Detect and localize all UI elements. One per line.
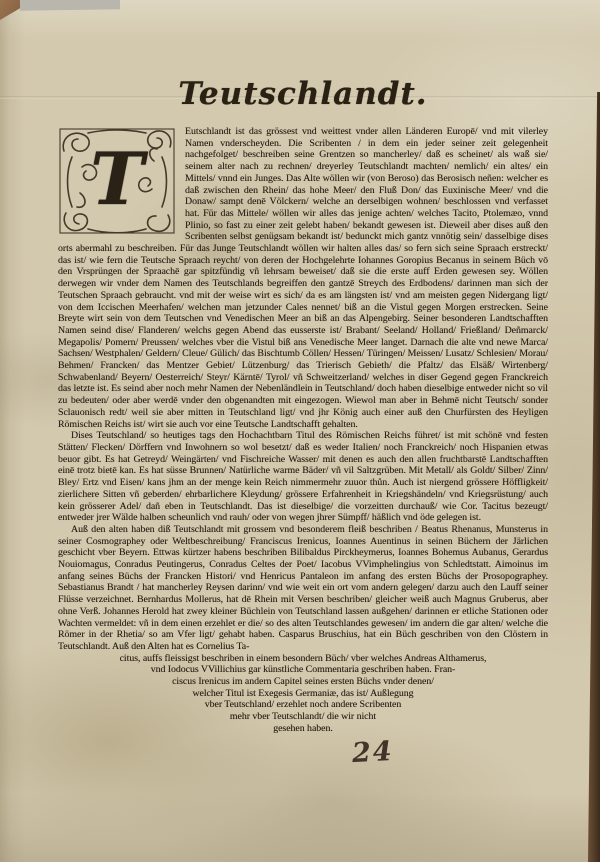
background-object [20,0,120,11]
page-title: Teutschlandt. [58,76,548,112]
taper-line: welcher Titul ist Exegesis Germaniæ, das… [58,688,548,700]
taper-line: vber Teutschland/ erzehlet noch andere S… [58,699,548,711]
taper-line: mehr vber Teutschlandt/ die wir nicht [58,711,548,723]
body-text: T Eutschlandt ist das grössest vnd weitt… [58,126,548,735]
page-number: 24 [351,736,394,769]
taper-line: citus, auffs fleissigst beschriben in ei… [58,653,548,665]
taper-line: vnd Iodocus VVillichius gar künstliche C… [58,664,548,676]
text-block: Teutschlandt. [58,76,548,735]
photo-background: Teutschlandt. [0,0,600,862]
colophon-taper: citus, auffs fleissigst beschriben in ei… [58,653,548,735]
taper-line: gesehen haben. [58,723,548,735]
drop-cap-letter: T [58,127,176,231]
taper-line: ciscus Irenicus im andern Capitel seines… [58,676,548,688]
drop-cap: T [58,127,176,237]
book-page: Teutschlandt. [0,0,600,862]
paragraph-praise: Dises Teutschland/ so heutiges tags den … [58,430,548,524]
paragraph-authors: Auß den alten haben diß Teutschlandt mit… [58,524,548,653]
